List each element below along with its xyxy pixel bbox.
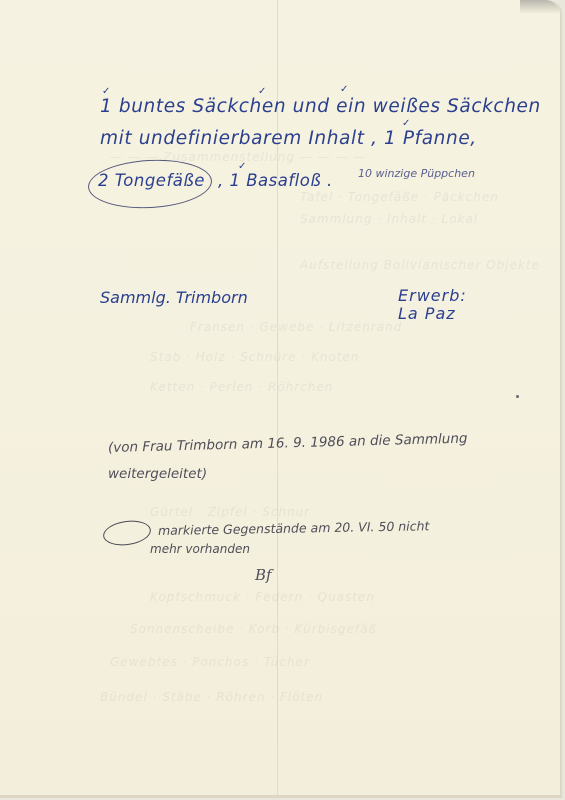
circle-marker-icon	[102, 518, 153, 548]
collection-name: Sammlg. Trimborn	[100, 288, 248, 307]
bleed-through-text: Kopfschmuck · Federn · Quasten	[150, 590, 375, 604]
bleed-through-text: Stab · Holz · Schnüre · Knoten	[150, 350, 359, 364]
bleed-through-text: Sammlung · Inhalt · Lokal	[300, 212, 478, 226]
signature: Bf	[255, 566, 272, 584]
inventory-note-line-2: mehr vorhanden	[150, 542, 250, 556]
bleed-through-text: Aufstellung Bolivianischer Objekte	[300, 258, 540, 272]
document-page: — — — Zusammenstellung — — — — Tafel · T…	[0, 0, 562, 798]
items-circled-text: 2 Tongefäße	[98, 171, 205, 190]
acquisition-place: La Paz	[398, 304, 456, 323]
items-line-2: mit undefinierbarem Inhalt , 1 Pfanne,	[100, 128, 477, 149]
bleed-through-text: Bündel · Stäbe · Röhren · Flöten	[100, 690, 323, 704]
bleed-through-text: Gürtel · Zipfel · Schnur	[150, 505, 310, 519]
bleed-through-text: Sonnenscheibe · Korb · Kürbisgefäß	[130, 622, 377, 636]
bleed-through-text: Fransen · Gewebe · Litzenrand	[190, 320, 402, 334]
page-corner	[520, 0, 560, 14]
ink-dot	[516, 395, 519, 398]
inventory-note-line-1: markierte Gegenstände am 20. VI. 50 nich…	[158, 518, 430, 538]
paper-fold	[277, 0, 278, 795]
forward-note-line-1: (von Frau Trimborn am 16. 9. 1986 an die…	[108, 431, 468, 456]
bleed-through-text: Tafel · Tongefäße · Päckchen	[300, 190, 499, 204]
items-line-1: 1 buntes Säckchen und ein weißes Säckche…	[100, 96, 541, 117]
items-line-3: , 1 Basafloß .	[218, 171, 333, 190]
bleed-through-text: Ketten · Perlen · Röhrchen	[150, 380, 333, 394]
bleed-through-text: Gewebtes · Ponchos · Tücher	[110, 655, 310, 669]
check-mark: ✓	[340, 84, 348, 95]
forward-note-line-2: weitergeleitet)	[108, 466, 207, 482]
items-small-note: 10 winzige Püppchen	[358, 167, 475, 180]
acquisition-label: Erwerb:	[398, 286, 467, 305]
